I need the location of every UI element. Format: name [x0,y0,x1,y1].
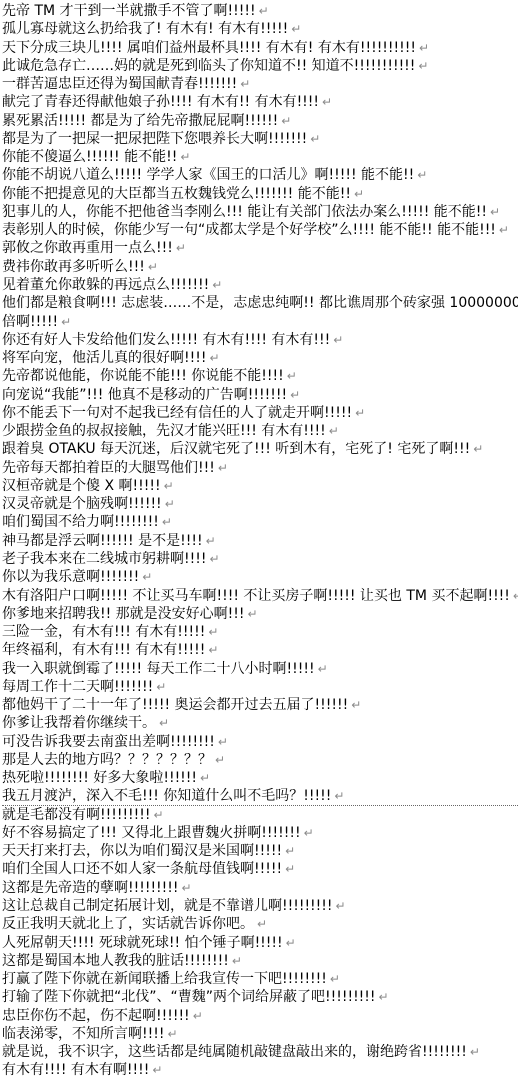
paragraph-text: 汉桓帝就是个傻 X 啊!!!!! [2,478,161,494]
text-line: 汉桓帝就是个傻 X 啊!!!!!↵ [2,477,518,495]
text-line: 神马都是浮云啊!!!!!! 是不是!!!!↵ [2,532,518,550]
paragraph-text: 此诚危急存亡……妈的就是死到临头了你知道不!! 知道不!!!!!!!!!!! [2,58,415,74]
text-line: 人死屌朝天!!!! 死球就死球!! 怕个锤子啊!!!!!↵ [2,934,518,952]
paragraph-mark-icon: ↵ [61,315,71,329]
paragraph-text: 每周工作十二天啊!!!!!!! [2,679,153,695]
text-line: 你爹让我帮着你继续干。↵ [2,714,518,732]
text-line: 有木有!!!! 有木有啊!!!!↵ [2,1061,518,1079]
paragraph-mark-icon: ↵ [162,515,172,529]
text-line: 你能不傻逼么!!!!!! 能不能!!↵ [2,148,518,166]
text-line: 先帝 TM 才干到一半就撒手不管了啊!!!!!↵ [2,2,518,20]
paragraph-mark-icon: ↵ [248,607,258,621]
paragraph-mark-icon: ↵ [232,954,242,968]
paragraph-mark-icon: ↵ [156,680,166,694]
paragraph-text: 年终福利，有木有!!! 有木有!!!!! [2,642,205,658]
paragraph-mark-icon: ↵ [330,972,340,986]
paragraph-mark-icon: ↵ [513,589,518,603]
paragraph-text: 倍啊!!!!! [2,314,58,330]
paragraph-text: 你以为我乐意啊!!!!!!! [2,569,139,585]
paragraph-mark-icon: ↵ [200,771,210,785]
text-line: 汉灵帝就是个脑残啊!!!!!!↵ [2,495,518,513]
paragraph-mark-icon: ↵ [165,497,175,511]
text-line: 木有洛阳户口啊!!!!! 不让买马车啊!!!! 不让买房子啊!!!!! 让买也 … [2,587,518,605]
paragraph-mark-icon: ↵ [417,168,427,182]
paragraph-mark-icon: ↵ [285,844,295,858]
text-line: 郭攸之你敢再重用一点么!!!↵ [2,239,518,257]
paragraph-text: 木有洛阳户口啊!!!!! 不让买马车啊!!!! 不让买房子啊!!!!! 让买也 … [2,588,510,604]
paragraph-text: 犯事儿的人，你能不把他爸当李刚么!!! 能让有关部门依法办案么!!!!! 能不能… [2,204,487,220]
paragraph-text: 这都是蜀国本地人教我的脏话!!!!!!!! [2,953,229,969]
text-line: 打赢了陛下你就在新闻联播上给我宣传一下吧!!!!!!!!↵ [2,970,518,988]
paragraph-mark-icon: ↵ [499,223,509,237]
text-line: 临表涕零，不知所言啊!!!!↵ [2,1025,518,1043]
paragraph-mark-icon: ↵ [379,990,389,1004]
paragraph-text: 反正我明天就北上了，实话就告诉你吧。 [2,916,254,932]
paragraph-text: 三险一金，有木有!!! 有木有!!!!! [2,624,205,640]
paragraph-text: 好不容易搞定了!!! 又得北上跟曹魏火拼啊!!!!!!! [2,825,301,841]
paragraph-text: 郭攸之你敢再重用一点么!!! [2,240,173,256]
paragraph-mark-icon: ↵ [355,406,365,420]
paragraph-mark-icon: ↵ [182,881,192,895]
text-line: 跟着臭 OTAKU 每天沉迷，后汉就宅死了!!! 听到木有，宅死了! 宅死了啊!… [2,440,518,458]
paragraph-text: 他们都是粮食啊!!! 志虑装……不是，志虑忠纯啊!! 都比谯周那个砖家强 100… [2,295,518,311]
paragraph-text: 你爹地来招聘我!! 那就是没安好心啊!!! [2,606,245,622]
text-line: 老子我本来在二线城市躬耕啊!!!!↵ [2,550,518,568]
paragraph-text: 那是人去的地方吗？？？？？？？ [2,752,212,768]
paragraph-mark-icon: ↵ [152,1063,162,1077]
text-line: 犯事儿的人，你能不把他爸当李刚么!!! 能让有关部门依法办案么!!!!! 能不能… [2,203,518,221]
paragraph-mark-icon: ↵ [208,643,218,657]
paragraph-text: 先帝都说他能，你说能不能!!! 你说能不能!!!! [2,368,284,384]
paragraph-mark-icon: ↵ [286,936,296,950]
text-line: 见着董允你敢躲的再远点么!!!!!!!↵ [2,276,518,294]
paragraph-text: 可没告诉我要去南蛮出差啊!!!!!!!! [2,734,215,750]
text-line: 这都是先帝造的孽啊!!!!!!!!!↵ [2,879,518,897]
paragraph-text: 天下分成三块儿!!!! 属咱们益州最杯具!!!! 有木有! 有木有!!!!!!!… [2,40,416,56]
text-line: 打输了陛下你就把“北伐”、“曹魏”两个词给屏蔽了吧!!!!!!!!!↵ [2,988,518,1006]
paragraph-mark-icon: ↵ [334,789,344,803]
paragraph-mark-icon: ↵ [354,187,364,201]
text-line: 就是说，我不识字，这些话都是纯属随机敲键盘敲出来的，谢绝跨省!!!!!!!!↵ [2,1043,518,1061]
text-line: 可没告诉我要去南蛮出差啊!!!!!!!!↵ [2,733,518,751]
paragraph-text: 都是为了一把屎一把尿把陛下您喂养长大啊!!!!!!! [2,131,307,147]
paragraph-mark-icon: ↵ [218,461,228,475]
text-line: 都他妈干了二十一年了!!!!! 奥运会都开过去五届了!!!!!!↵ [2,696,518,714]
text-line: 三险一金，有木有!!! 有木有!!!!!↵ [2,623,518,641]
paragraph-mark-icon: ↵ [318,662,328,676]
paragraph-mark-icon: ↵ [419,41,429,55]
text-line: 你还有好人卡发给他们发么!!!!! 有木有!!!! 有木有!!!↵ [2,331,518,349]
paragraph-text: 一群苦逼忠臣还得为蜀国献青春!!!!!!! [2,76,237,92]
text-line: 这让总裁自己制定拓展计划，就是不靠谱儿啊!!!!!!!!!↵ [2,897,518,915]
text-line-with-page-break: 我五月渡泸，深入不毛!!! 你知道什么叫不毛吗？!!!!!↵ [2,787,518,805]
text-line: 天天打来打去，你以为咱们蜀汉是米国啊!!!!!↵ [2,842,518,860]
paragraph-text: 累死累活!!!!! 都是为了给先帝撒屁屁啊!!!!!! [2,113,278,129]
paragraph-text: 临表涕零，不知所言啊!!!! [2,1026,164,1042]
text-line: 好不容易搞定了!!! 又得北上跟曹魏火拼啊!!!!!!!↵ [2,824,518,842]
paragraph-text: 忠臣你伤不起，伤不起啊!!!!!! [2,1008,190,1024]
paragraph-mark-icon: ↵ [473,442,483,456]
text-line: 向宠说“我能”!!! 他真不是移动的广告啊!!!!!!!↵ [2,386,518,404]
paragraph-text: 费祎你敢再多听听么!!! [2,259,145,275]
paragraph-text: 跟着臭 OTAKU 每天沉迷，后汉就宅死了!!! 听到木有，宅死了! 宅死了啊!… [2,441,470,457]
paragraph-text: 咱们蜀国不给力啊!!!!!!!! [2,514,159,530]
text-line: 都是为了一把屎一把尿把陛下您喂养长大啊!!!!!!!↵ [2,130,518,148]
paragraph-mark-icon: ↵ [291,22,301,36]
text-line: 表彰别人的时候，你能少写一句“成都太学是个好学校”么!!!! 能不能!! 能不能… [2,221,518,239]
text-line: 咱们蜀国不给力啊!!!!!!!!↵ [2,513,518,531]
text-line: 年终福利，有木有!!! 有木有!!!!!↵ [2,641,518,659]
paragraph-text: 你能不把提意见的大臣都当五枚魏钱党么!!!!!!! 能不能!! [2,186,351,202]
paragraph-text: 神马都是浮云啊!!!!!! 是不是!!!! [2,533,203,549]
paragraph-mark-icon: ↵ [180,150,190,164]
paragraph-mark-icon: ↵ [212,278,222,292]
paragraph-mark-icon: ↵ [148,260,158,274]
text-line: 先帝每天都拍着臣的大腿骂他们!!!↵ [2,459,518,477]
paragraph-mark-icon: ↵ [154,808,164,822]
paragraph-mark-icon: ↵ [257,917,267,931]
text-line: 反正我明天就北上了，实话就告诉你吧。↵ [2,915,518,933]
text-line: 咱们全国人口还不如人家一条航母值钱啊!!!!!↵ [2,860,518,878]
text-line: 每周工作十二天啊!!!!!!!↵ [2,678,518,696]
paragraph-mark-icon: ↵ [240,77,250,91]
paragraph-mark-icon: ↵ [281,114,291,128]
paragraph-mark-icon: ↵ [322,95,332,109]
text-line: 他们都是粮食啊!!! 志虑装……不是，志虑忠纯啊!! 都比谯周那个砖家强 100… [2,294,518,312]
paragraph-text: 献完了青春还得献他娘子孙!!!! 有木有!! 有木有!!!! [2,94,319,110]
paragraph-mark-icon: ↵ [167,1027,177,1041]
paragraph-mark-icon: ↵ [206,534,216,548]
paragraph-text: 有木有!!!! 有木有啊!!!! [2,1062,149,1078]
paragraph-mark-icon: ↵ [310,132,320,146]
paragraph-text: 人死屌朝天!!!! 死球就死球!! 怕个锤子啊!!!!! [2,935,283,951]
paragraph-mark-icon: ↵ [208,625,218,639]
paragraph-text: 就是说，我不识字，这些话都是纯属随机敲键盘敲出来的，谢绝跨省!!!!!!!! [2,1044,467,1060]
text-line: 将军向宠，他活儿真的很好啊!!!!↵ [2,349,518,367]
paragraph-text: 汉灵帝就是个脑残啊!!!!!! [2,496,162,512]
text-line: 倍啊!!!!!↵ [2,313,518,331]
paragraph-mark-icon: ↵ [285,862,295,876]
paragraph-text: 都他妈干了二十一年了!!!!! 奥运会都开过去五届了!!!!!! [2,697,348,713]
text-line: 热死啦!!!!!!!! 好多大象啦!!!!!!↵ [2,769,518,787]
paragraph-text: 咱们全国人口还不如人家一条航母值钱啊!!!!! [2,861,282,877]
paragraph-mark-icon: ↵ [259,4,269,18]
text-line: 少跟捞金鱼的叔叔接触，先汉才能兴旺!!! 有木有!!!!↵ [2,422,518,440]
paragraph-mark-icon: ↵ [329,424,339,438]
paragraph-text: 你能不傻逼么!!!!!! 能不能!! [2,149,177,165]
paragraph-text: 这都是先帝造的孽啊!!!!!!!!! [2,880,179,896]
paragraph-text: 我一入职就倒霉了!!!!! 每天工作二十八小时啊!!!!! [2,661,315,677]
text-line: 累死累活!!!!! 都是为了给先帝撒屁屁啊!!!!!!↵ [2,112,518,130]
text-line: 这都是蜀国本地人教我的脏话!!!!!!!!↵ [2,952,518,970]
paragraph-mark-icon: ↵ [333,333,343,347]
paragraph-mark-icon: ↵ [159,716,169,730]
text-line: 你不能丢下一句对不起我已经有信任的人了就走开啊!!!!!↵ [2,404,518,422]
paragraph-text: 先帝 TM 才干到一半就撒手不管了啊!!!!! [2,3,256,19]
text-line: 孤儿寡母就这么扔给我了! 有木有! 有木有!!!!!↵ [2,20,518,38]
paragraph-mark-icon: ↵ [351,698,361,712]
paragraph-text: 这让总裁自己制定拓展计划，就是不靠谱儿啊!!!!!!!!! [2,898,333,914]
paragraph-text: 见着董允你敢躲的再远点么!!!!!!! [2,277,209,293]
text-line: 你爹地来招聘我!! 那就是没安好心啊!!!↵ [2,605,518,623]
text-line: 先帝都说他能，你说能不能!!! 你说能不能!!!!↵ [2,367,518,385]
paragraph-mark-icon: ↵ [193,1009,203,1023]
paragraph-mark-icon: ↵ [470,1045,480,1059]
paragraph-mark-icon: ↵ [176,241,186,255]
paragraph-text: 打输了陛下你就把“北伐”、“曹魏”两个词给屏蔽了吧!!!!!!!!! [2,989,376,1005]
paragraph-mark-icon: ↵ [215,753,225,767]
document-page[interactable]: 先帝 TM 才干到一半就撒手不管了啊!!!!!↵孤儿寡母就这么扔给我了! 有木有… [0,0,518,1080]
text-line: 此诚危急存亡……妈的就是死到临头了你知道不!! 知道不!!!!!!!!!!!↵ [2,57,518,75]
paragraph-mark-icon: ↵ [418,59,428,73]
paragraph-mark-icon: ↵ [142,570,152,584]
text-line: 你以为我乐意啊!!!!!!!↵ [2,568,518,586]
paragraph-mark-icon: ↵ [209,351,219,365]
paragraph-mark-icon: ↵ [290,388,300,402]
paragraph-text: 我五月渡泸，深入不毛!!! 你知道什么叫不毛吗？!!!!! [2,788,331,804]
text-line: 我一入职就倒霉了!!!!! 每天工作二十八小时啊!!!!!↵ [2,660,518,678]
text-line: 费祎你敢再多听听么!!!↵ [2,258,518,276]
text-line: 那是人去的地方吗？？？？？？？↵ [2,751,518,769]
paragraph-mark-icon: ↵ [336,899,346,913]
paragraph-text: 打赢了陛下你就在新闻联播上给我宣传一下吧!!!!!!!! [2,971,327,987]
paragraph-text: 你不能丢下一句对不起我已经有信任的人了就走开啊!!!!! [2,405,352,421]
paragraph-text: 你能不胡说八道么!!!!! 学学人家《国王的口活儿》啊!!!!! 能不能!! [2,167,414,183]
paragraph-mark-icon: ↵ [164,479,174,493]
paragraph-mark-icon: ↵ [218,735,228,749]
paragraph-mark-icon: ↵ [304,826,314,840]
text-line: 一群苦逼忠臣还得为蜀国献青春!!!!!!!↵ [2,75,518,93]
paragraph-text: 孤儿寡母就这么扔给我了! 有木有! 有木有!!!!! [2,21,288,37]
paragraph-text: 老子我本来在二线城市躬耕啊!!!! [2,551,206,567]
text-line: 献完了青春还得献他娘子孙!!!! 有木有!! 有木有!!!!↵ [2,93,518,111]
paragraph-text: 向宠说“我能”!!! 他真不是移动的广告啊!!!!!!! [2,387,287,403]
text-line: 你能不把提意见的大臣都当五枚魏钱党么!!!!!!! 能不能!!↵ [2,185,518,203]
paragraph-text: 就是毛都没有啊!!!!!!!!! [2,807,151,823]
paragraph-mark-icon: ↵ [209,552,219,566]
text-line: 你能不胡说八道么!!!!! 学学人家《国王的口活儿》啊!!!!! 能不能!!↵ [2,166,518,184]
paragraph-text: 将军向宠，他活儿真的很好啊!!!! [2,350,206,366]
paragraph-text: 热死啦!!!!!!!! 好多大象啦!!!!!! [2,770,197,786]
text-line: 天下分成三块儿!!!! 属咱们益州最杯具!!!! 有木有! 有木有!!!!!!!… [2,39,518,57]
paragraph-text: 天天打来打去，你以为咱们蜀汉是米国啊!!!!! [2,843,282,859]
paragraph-text: 先帝每天都拍着臣的大腿骂他们!!! [2,460,215,476]
text-line: 就是毛都没有啊!!!!!!!!!↵ [2,806,518,824]
paragraph-text: 你还有好人卡发给他们发么!!!!! 有木有!!!! 有木有!!! [2,332,330,348]
paragraph-text: 表彰别人的时候，你能少写一句“成都太学是个好学校”么!!!! 能不能!! 能不能… [2,222,496,238]
text-line: 忠臣你伤不起，伤不起啊!!!!!!↵ [2,1007,518,1025]
paragraph-text: 你爹让我帮着你继续干。 [2,715,156,731]
paragraph-text: 少跟捞金鱼的叔叔接触，先汉才能兴旺!!! 有木有!!!! [2,423,326,439]
paragraph-mark-icon: ↵ [287,369,297,383]
paragraph-mark-icon: ↵ [490,205,500,219]
